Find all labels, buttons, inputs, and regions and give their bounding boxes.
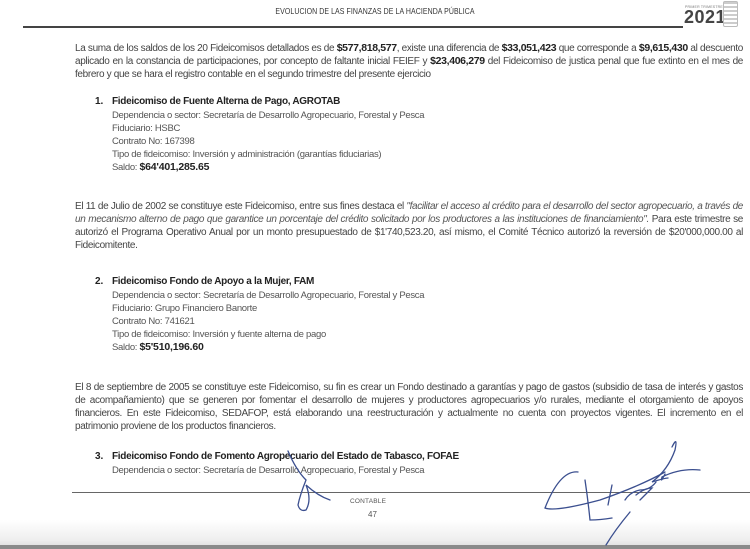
coat-of-arms-icon <box>723 1 738 27</box>
footer-divider <box>72 492 750 493</box>
amount-feief: $9,615,430 <box>639 42 688 54</box>
item-title: Fideicomiso de Fuente Alterna de Pago, A… <box>112 96 340 107</box>
item-details: Dependencia o sector: Secretaría de Desa… <box>112 464 612 477</box>
item-tipo: Tipo de fideicomiso: Inversión y fuente … <box>112 328 612 341</box>
intro-paragraph: La suma de los saldos de los 20 Fideicom… <box>75 42 743 81</box>
saldo-value: $64'401,285.65 <box>139 161 209 173</box>
item-tipo: Tipo de fideicomiso: Inversión y adminis… <box>112 148 612 161</box>
amount-justice: $23,406,279 <box>430 55 485 67</box>
item-number: 3. <box>95 451 103 462</box>
item-fiduciario: Fiduciario: HSBC <box>112 122 612 135</box>
agrotab-paragraph: El 11 de Julio de 2002 se constituye est… <box>75 200 743 252</box>
item-title: Fideicomiso Fondo de Fomento Agropecuari… <box>112 451 459 462</box>
item-number: 1. <box>95 96 103 107</box>
year-badge: PRIMER TRIMESTRE 2021 <box>681 0 743 34</box>
item-contrato: Contrato No: 167398 <box>112 135 612 148</box>
item-details: Dependencia o sector: Secretaría de Desa… <box>112 289 612 354</box>
footer-label: CONTABLE <box>350 498 386 505</box>
fam-paragraph: El 8 de septiembre de 2005 se constituye… <box>75 381 743 433</box>
amount-difference: $33,051,423 <box>502 42 557 54</box>
page-number: 47 <box>368 510 377 519</box>
paragraph-text: El 11 de Julio de 2002 se constituye est… <box>75 201 406 212</box>
item-title: Fideicomiso Fondo de Apoyo a la Mujer, F… <box>112 276 314 287</box>
document-page: EVOLUCION DE LAS FINANZAS DE LA HACIENDA… <box>0 0 750 549</box>
item-dependencia: Dependencia o sector: Secretaría de Desa… <box>112 464 612 477</box>
item-fiduciario: Fiduciario: Grupo Financiero Banorte <box>112 302 612 315</box>
item-dependencia: Dependencia o sector: Secretaría de Desa… <box>112 289 612 302</box>
header-divider <box>23 26 683 28</box>
page-header-title: EVOLUCION DE LAS FINANZAS DE LA HACIENDA… <box>68 6 683 16</box>
item-saldo: Saldo: $5'510,196.60 <box>112 341 612 354</box>
intro-text: La suma de los saldos de los 20 Fideicom… <box>75 43 337 54</box>
intro-text: que corresponde a <box>556 43 639 54</box>
item-number: 2. <box>95 276 103 287</box>
item-details: Dependencia o sector: Secretaría de Desa… <box>112 109 612 174</box>
item-contrato: Contrato No: 741621 <box>112 315 612 328</box>
scan-bottom-edge <box>0 545 750 549</box>
amount-total: $577,818,577 <box>337 42 397 54</box>
saldo-value: $5'510,196.60 <box>139 341 203 353</box>
item-dependencia: Dependencia o sector: Secretaría de Desa… <box>112 109 612 122</box>
intro-text: , existe una diferencia de <box>397 43 502 54</box>
badge-year: 2021 <box>684 7 726 28</box>
item-saldo: Saldo: $64'401,285.65 <box>112 161 612 174</box>
